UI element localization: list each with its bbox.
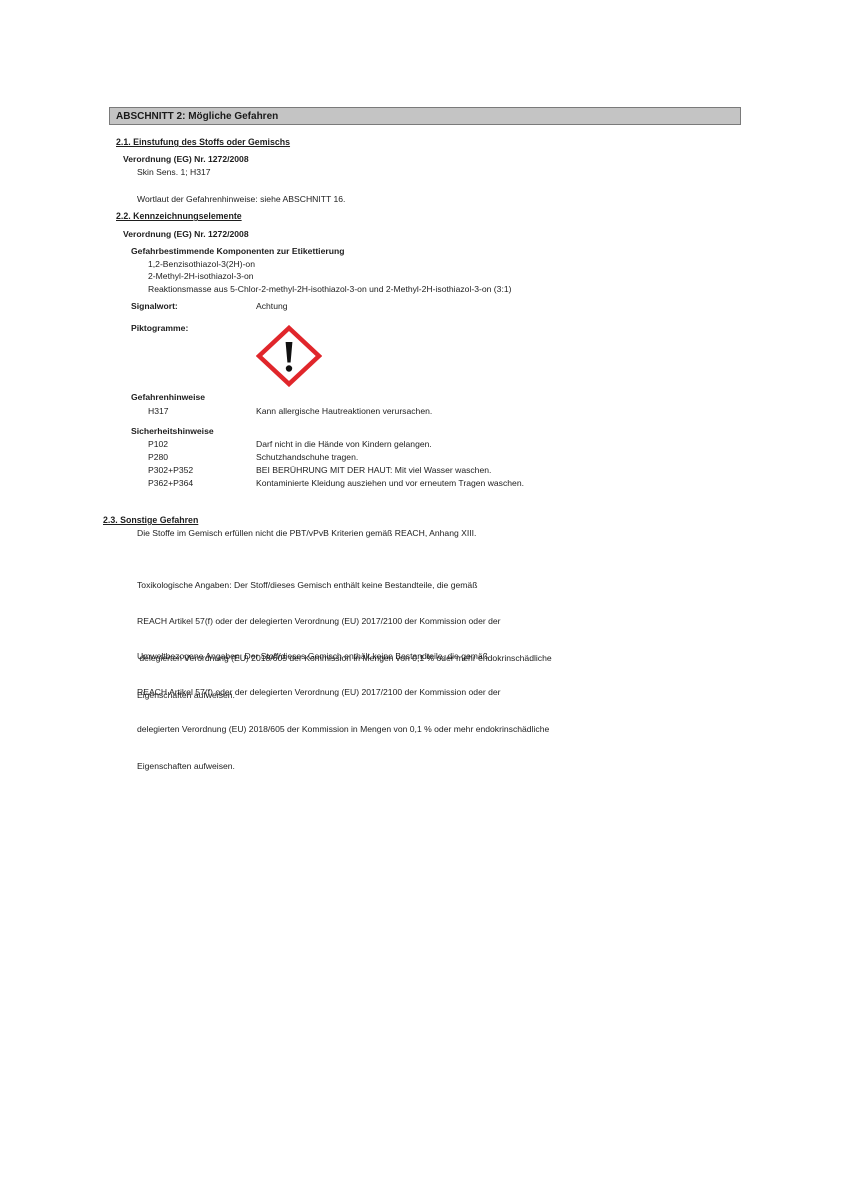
pictograms-label: Piktogramme: xyxy=(131,323,188,334)
paragraph-line: Eigenschaften aufweisen. xyxy=(137,760,549,772)
ghs07-exclamation-icon xyxy=(256,325,322,387)
precaution-code: P280 xyxy=(148,452,168,463)
precaution-text: Kontaminierte Kleidung ausziehen und vor… xyxy=(256,478,524,489)
hazard-text: Kann allergische Hautreaktionen verursac… xyxy=(256,406,432,417)
component-item: 1,2-Benzisothiazol-3(2H)-on xyxy=(148,259,255,270)
pbt-statement: Die Stoffe im Gemisch erfüllen nicht die… xyxy=(137,528,476,539)
signal-word-value: Achtung xyxy=(256,301,288,312)
signal-word-label: Signalwort: xyxy=(131,301,178,312)
subsection-heading-2-3: 2.3. Sonstige Gefahren xyxy=(103,515,198,526)
precaution-code: P102 xyxy=(148,439,168,450)
section-header: ABSCHNITT 2: Mögliche Gefahren xyxy=(109,107,741,125)
paragraph-line: Toxikologische Angaben: Der Stoff/dieses… xyxy=(137,579,552,591)
components-heading: Gefahrbestimmende Komponenten zur Etiket… xyxy=(131,246,344,257)
paragraph-line: delegierten Verordnung (EU) 2018/605 der… xyxy=(137,723,549,735)
component-item: Reaktionsmasse aus 5-Chlor-2-methyl-2H-i… xyxy=(148,284,511,295)
precaution-code: P302+P352 xyxy=(148,465,193,476)
hazard-statements-heading: Gefahrenhinweise xyxy=(131,392,205,403)
regulation-label: Verordnung (EG) Nr. 1272/2008 xyxy=(123,154,249,165)
paragraph-line: Umweltbezogene Angaben: Der Stoff/dieses… xyxy=(137,650,549,662)
paragraph-line: REACH Artikel 57(f) oder der delegierten… xyxy=(137,686,549,698)
component-item: 2-Methyl-2H-isothiazol-3-on xyxy=(148,271,254,282)
precaution-text: Darf nicht in die Hände von Kindern gela… xyxy=(256,439,432,450)
environmental-paragraph: Umweltbezogene Angaben: Der Stoff/dieses… xyxy=(137,625,549,797)
precaution-text: Schutzhandschuhe tragen. xyxy=(256,452,358,463)
subsection-heading-2-1: 2.1. Einstufung des Stoffs oder Gemischs xyxy=(116,137,290,148)
precaution-text: BEI BERÜHRUNG MIT DER HAUT: Mit viel Was… xyxy=(256,465,491,476)
subsection-heading-2-2: 2.2. Kennzeichnungselemente xyxy=(116,211,242,222)
hazard-wording-note: Wortlaut der Gefahrenhinweise: siehe ABS… xyxy=(137,194,345,205)
classification-text: Skin Sens. 1; H317 xyxy=(137,167,211,178)
precautionary-statements-heading: Sicherheitshinweise xyxy=(131,426,214,437)
precaution-code: P362+P364 xyxy=(148,478,193,489)
document-page: ABSCHNITT 2: Mögliche Gefahren 2.1. Eins… xyxy=(0,0,849,1200)
regulation-label: Verordnung (EG) Nr. 1272/2008 xyxy=(123,229,249,240)
hazard-code: H317 xyxy=(148,406,169,417)
